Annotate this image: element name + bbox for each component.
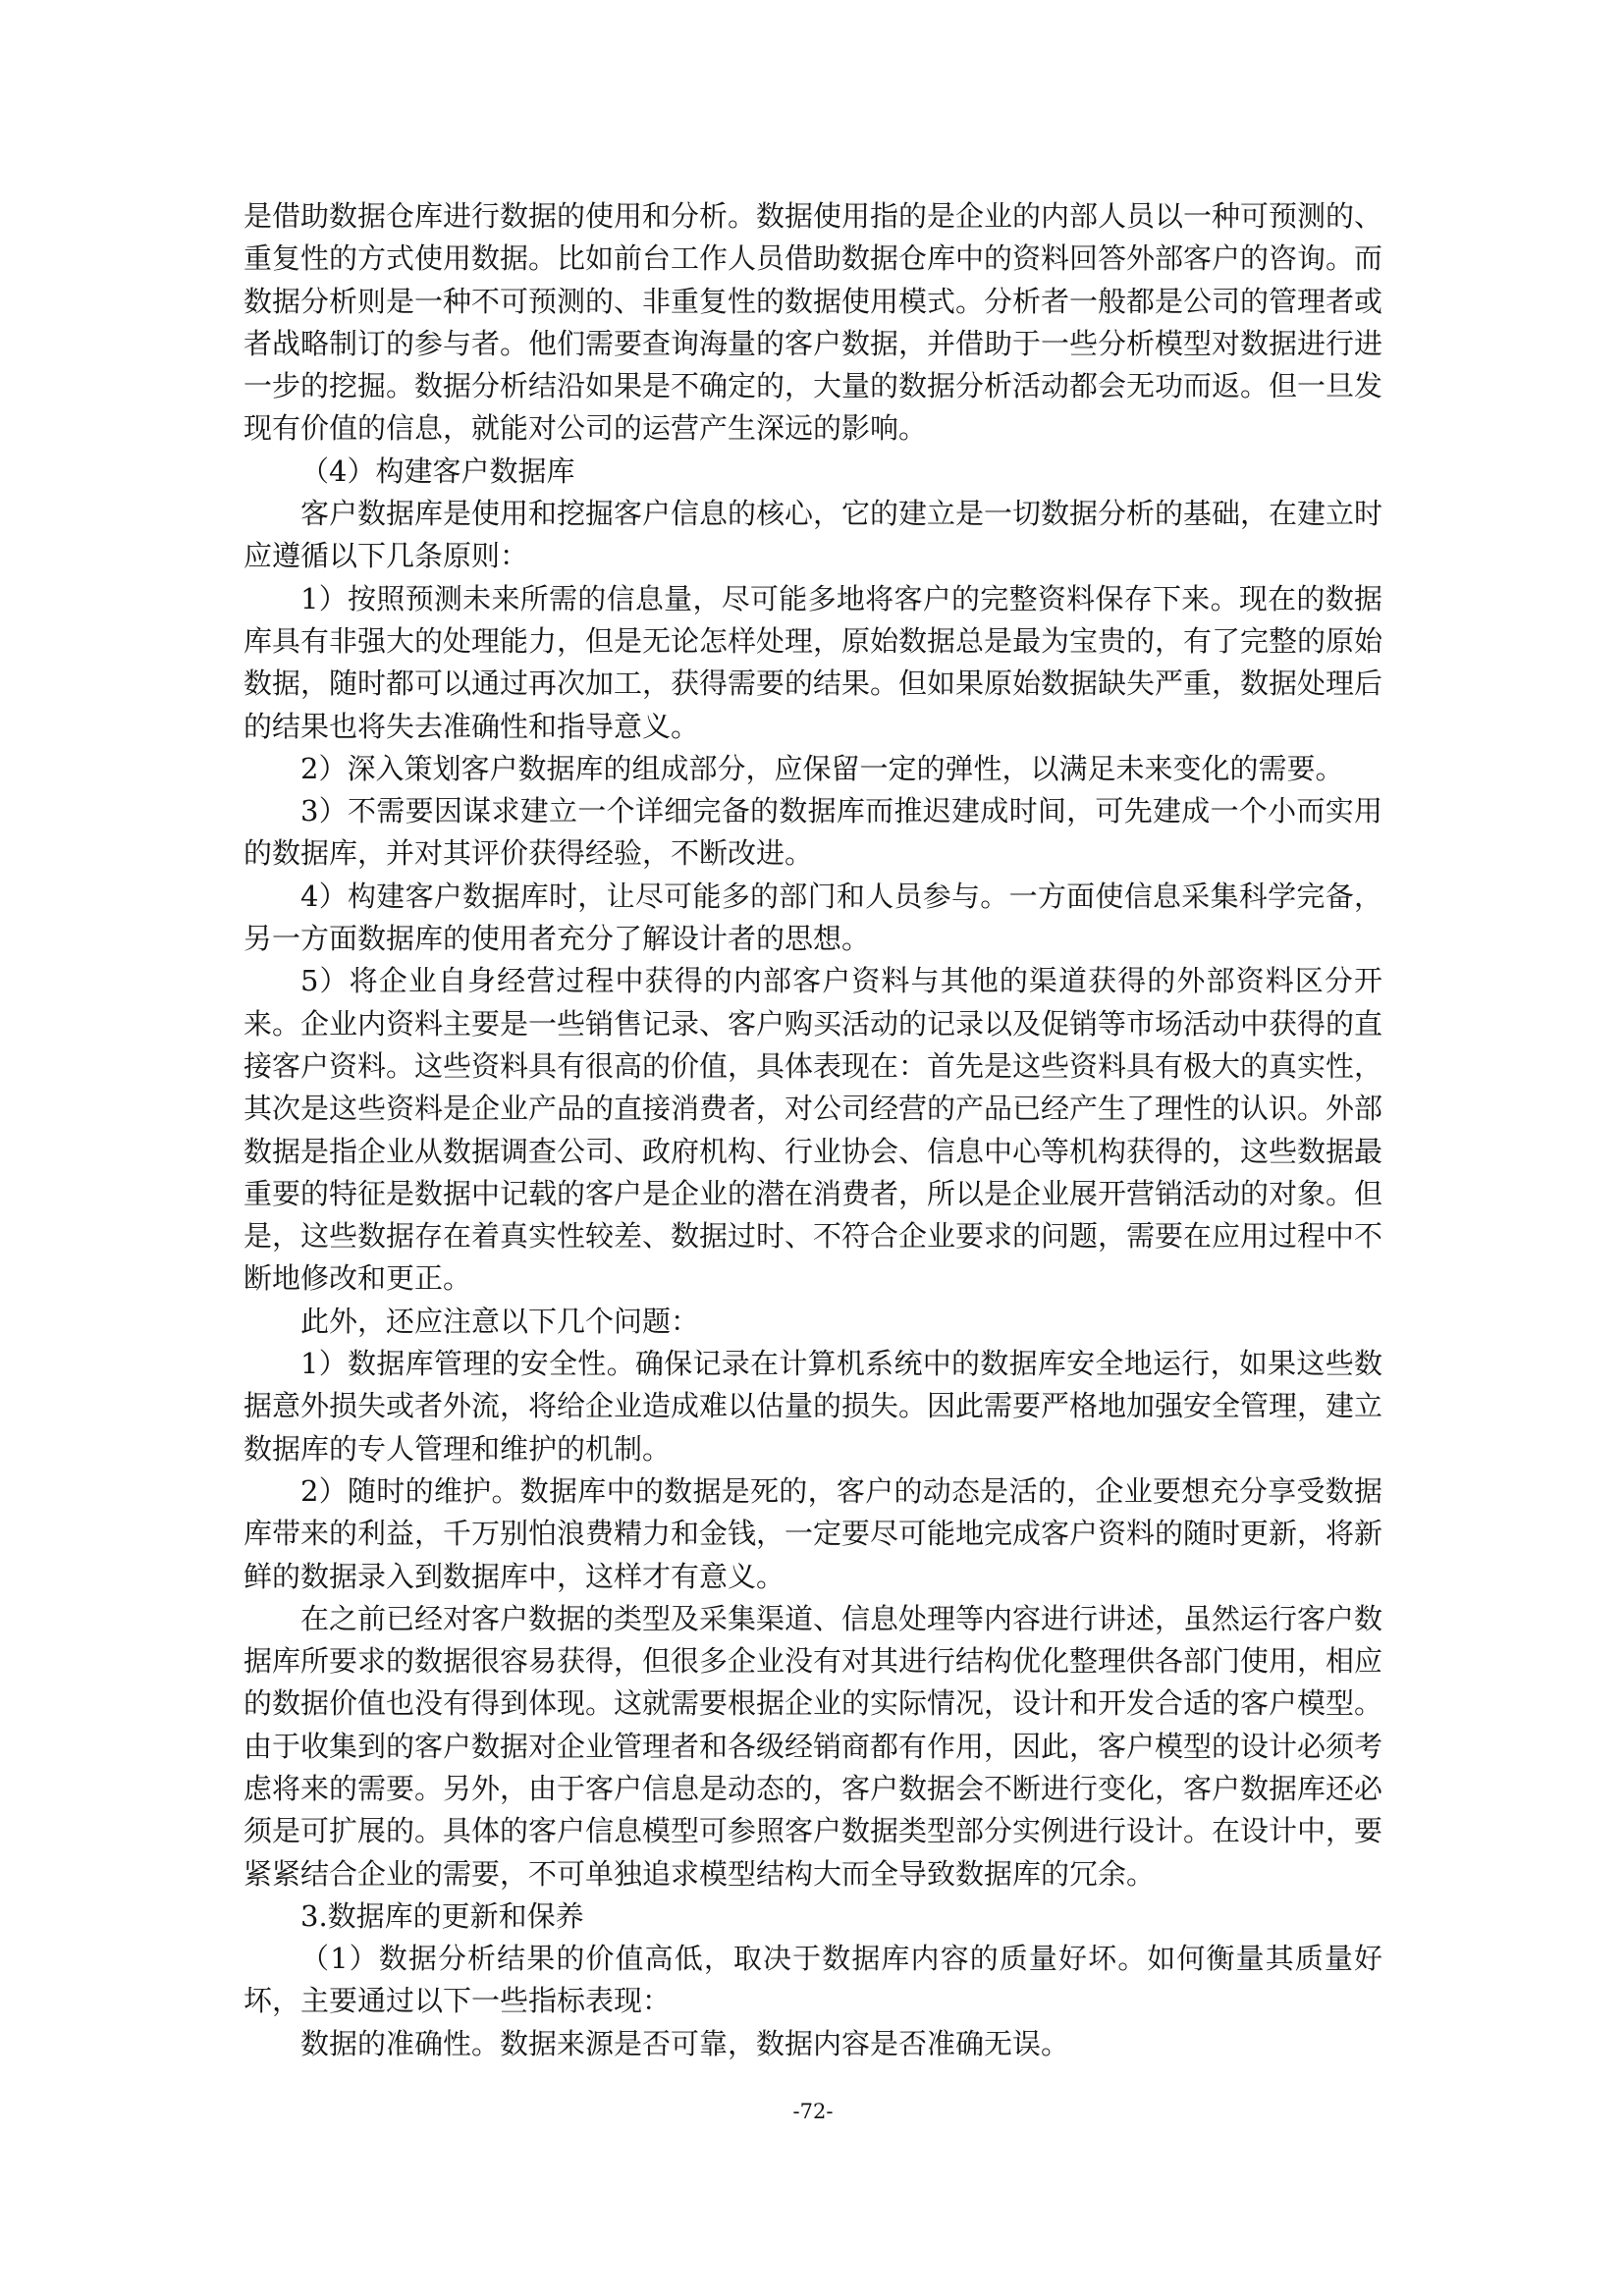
paragraph-item-2: 2）深入策划客户数据库的组成部分，应保留一定的弹性，以满足未来变化的需要。	[244, 748, 1382, 790]
paragraph-heading-4: （4）构建客户数据库	[244, 451, 1382, 493]
paragraph: 在之前已经对客户数据的类型及采集渠道、信息处理等内容进行讲述，虽然运行客户数据库…	[244, 1598, 1382, 1896]
paragraph: 客户数据库是使用和挖掘客户信息的核心，它的建立是一切数据分析的基础，在建立时应遵…	[244, 493, 1382, 578]
paragraph: 数据的准确性。数据来源是否可靠，数据内容是否准确无误。	[244, 2023, 1382, 2065]
paragraph-item-1: 1）按照预测未来所需的信息量，尽可能多地将客户的完整资料保存下来。现在的数据库具…	[244, 578, 1382, 748]
paragraph-heading-3: 3.数据库的更新和保养	[244, 1896, 1382, 1938]
paragraph-note-2: 2）随时的维护。数据库中的数据是死的，客户的动态是活的，企业要想充分享受数据库带…	[244, 1470, 1382, 1598]
paragraph-item-3: 3）不需要因谋求建立一个详细完备的数据库而推迟建成时间，可先建成一个小而实用的数…	[244, 790, 1382, 876]
paragraph-item-4: 4）构建客户数据库时，让尽可能多的部门和人员参与。一方面使信息采集科学完备，另一…	[244, 876, 1382, 961]
paragraph-note-1: 1）数据库管理的安全性。确保记录在计算机系统中的数据库安全地运行，如果这些数据意…	[244, 1343, 1382, 1470]
document-page: 是借助数据仓库进行数据的使用和分析。数据使用指的是企业的内部人员以一种可预测的、…	[0, 0, 1624, 2296]
paragraph-item-5: 5）将企业自身经营过程中获得的内部客户资料与其他的渠道获得的外部资料区分开来。企…	[244, 960, 1382, 1300]
paragraph: 是借助数据仓库进行数据的使用和分析。数据使用指的是企业的内部人员以一种可预测的、…	[244, 195, 1382, 451]
paragraph: （1）数据分析结果的价值高低，取决于数据库内容的质量好坏。如何衡量其质量好坏，主…	[244, 1938, 1382, 2023]
paragraph: 此外，还应注意以下几个问题：	[244, 1301, 1382, 1343]
page-body: 是借助数据仓库进行数据的使用和分析。数据使用指的是企业的内部人员以一种可预测的、…	[244, 195, 1382, 2065]
page-number: -72-	[244, 2100, 1382, 2123]
